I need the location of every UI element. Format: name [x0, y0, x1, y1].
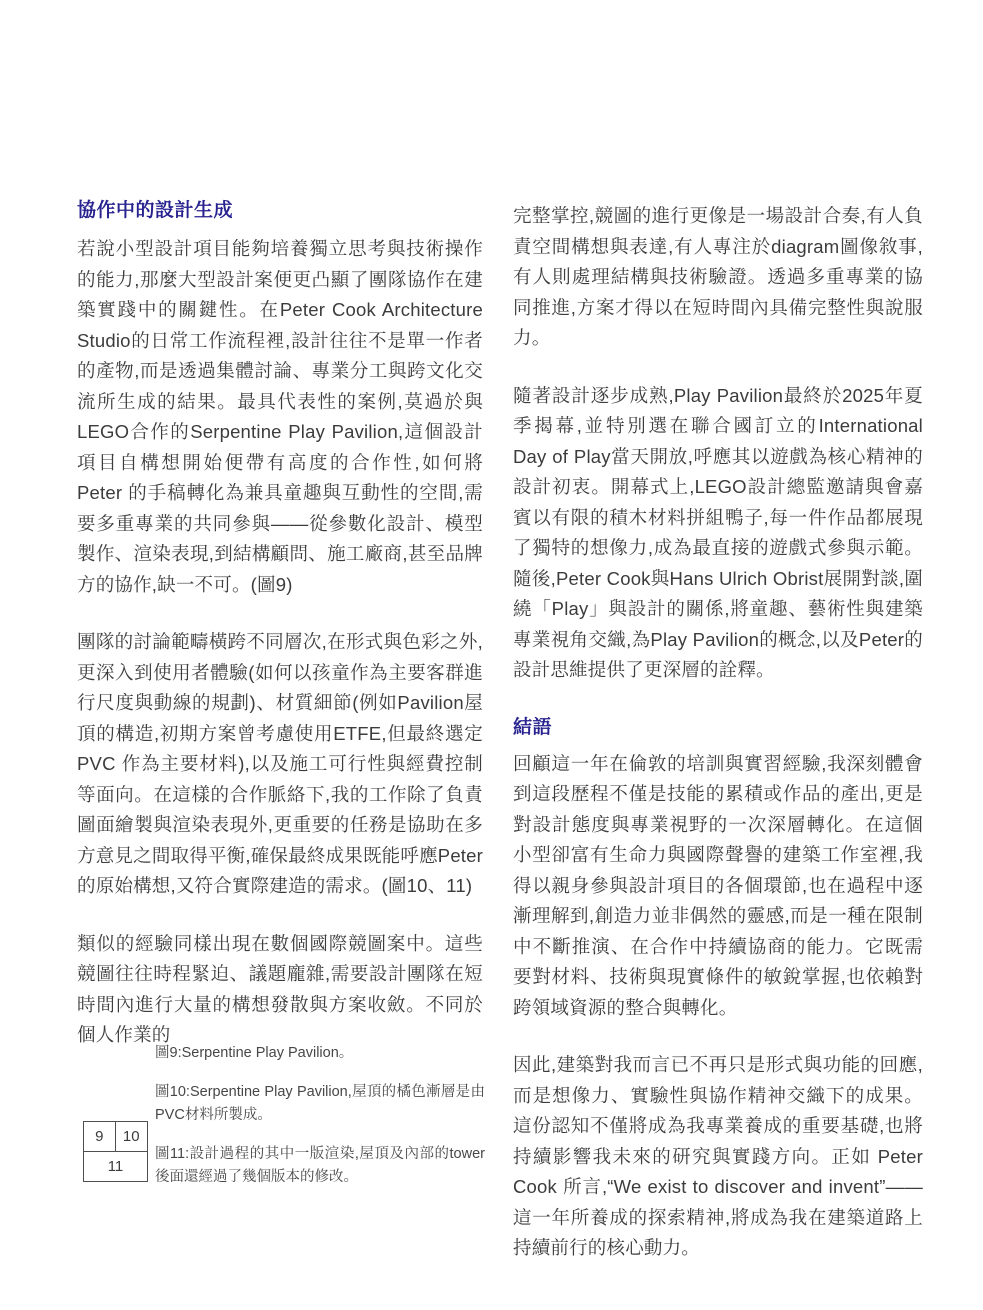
figure-number-grid: 9 10 11 — [83, 1121, 148, 1182]
section-heading-conclusion: 結語 — [513, 713, 923, 743]
document-page: 協作中的設計生成 若說小型設計項目能夠培養獨立思考與技術操作的能力,那麼大型設計… — [0, 0, 983, 1310]
figure-number-9: 9 — [84, 1122, 116, 1152]
body-paragraph: 若說小型設計項目能夠培養獨立思考與技術操作的能力,那麼大型設計案便更凸顯了團隊協… — [77, 234, 483, 600]
body-paragraph: 團隊的討論範疇橫跨不同層次,在形式與色彩之外,更深入到使用者體驗(如何以孩童作為… — [77, 627, 483, 902]
figure-caption-9: 圖9:Serpentine Play Pavilion。 — [155, 1042, 485, 1066]
section-heading-collaboration: 協作中的設計生成 — [77, 196, 483, 226]
figure-captions: 圖9:Serpentine Play Pavilion。 圖10:Serpent… — [155, 1042, 485, 1190]
figure-caption-11: 圖11:設計過程的其中一版渲染,屋頂及內部的tower後面還經過了幾個版本的修改… — [155, 1143, 485, 1190]
body-paragraph: 因此,建築對我而言已不再只是形式與功能的回應,而是想像力、實驗性與協作精神交織下… — [513, 1050, 923, 1264]
body-paragraph: 回顧這一年在倫敦的培訓與實習經驗,我深刻體會到這段歷程不僅是技能的累積或作品的產… — [513, 749, 923, 1024]
figure-number-10: 10 — [116, 1122, 148, 1152]
figure-number-11: 11 — [84, 1152, 147, 1182]
body-paragraph: 完整掌控,競圖的進行更像是一場設計合奏,有人負責空間構想與表達,有人專注於dia… — [513, 201, 923, 354]
body-paragraph: 類似的經驗同樣出現在數個國際競圖案中。這些競圖往往時程緊迫、議題龐雜,需要設計團… — [77, 929, 483, 1051]
body-paragraph: 隨著設計逐步成熟,Play Pavilion最終於2025年夏季揭幕,並特別選在… — [513, 381, 923, 686]
figure-caption-10: 圖10:Serpentine Play Pavilion,屋頂的橘色漸層是由PV… — [155, 1081, 485, 1128]
left-column: 協作中的設計生成 若說小型設計項目能夠培養獨立思考與技術操作的能力,那麼大型設計… — [77, 196, 483, 1051]
right-column: 完整掌控,競圖的進行更像是一場設計合奏,有人負責空間構想與表達,有人專注於dia… — [513, 201, 923, 1264]
